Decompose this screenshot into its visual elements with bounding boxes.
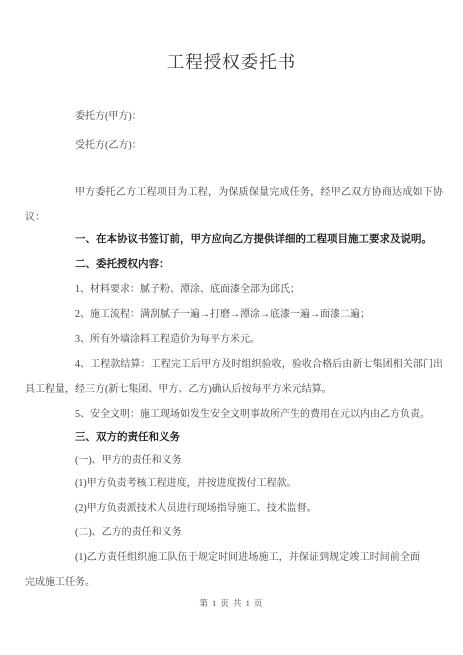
- section2-item-5: 5、安全文明：施工现场如发生安全文明事故所产生的费用在元以内由乙方负责。: [25, 402, 443, 427]
- document-title: 工程授权委托书: [0, 50, 463, 74]
- party-b-label: 受托方(乙方)：: [25, 133, 443, 158]
- section2-item-2: 2、施工流程：满刮腻子一遍→打磨→潭涂→底漆一遍→面漆二遍；: [25, 302, 443, 327]
- page-number-footer: 第 1 页 共 1 页: [0, 597, 463, 609]
- section3-heading: 三、双方的责任和义务: [25, 425, 443, 450]
- section2-item-4: 4、工程款结算：工程完工后甲方及时组织验收，验收合格后由新七集团相关部门出具工程…: [25, 352, 443, 402]
- section1-heading: 一、在本协议书签订前，甲方应向乙方提供详细的工程项目施工要求及说明。: [25, 227, 443, 252]
- party-a-label: 委托方(甲方)：: [25, 104, 443, 129]
- document-page: 工程授权委托书 委托方(甲方)： 受托方(乙方)： 甲方委托乙方工程项目为工程，…: [0, 0, 463, 655]
- section3-sub-a-title: (一)、甲方的责任和义务: [25, 448, 443, 473]
- section3-sub-b-title: (二)、乙方的责任和义务: [25, 520, 443, 545]
- section2-heading: 二、委托授权内容：: [25, 252, 443, 277]
- section2-item-1: 1、材料要求：腻子粉、潭涂、底面漆全部为邱氏；: [25, 277, 443, 302]
- intro-paragraph: 甲方委托乙方工程项目为工程，为保质保量完成任务，经甲乙双方协商达成如下协议：: [25, 180, 443, 230]
- section2-item-3: 3、所有外墙涂料工程造价为每平方米元。: [25, 327, 443, 352]
- section3-a-item-1: (1)甲方负责考核工程进度，并按进度拨付工程款。: [25, 471, 443, 496]
- section3-b-item-1: (1)乙方责任组织施工队伍于规定时间进场施工，并保证到规定竣工时间前全面完成施工…: [25, 545, 420, 595]
- section3-a-item-2: (2)甲方负责派技术人员进行现场指导施工、技术监督。: [25, 496, 443, 521]
